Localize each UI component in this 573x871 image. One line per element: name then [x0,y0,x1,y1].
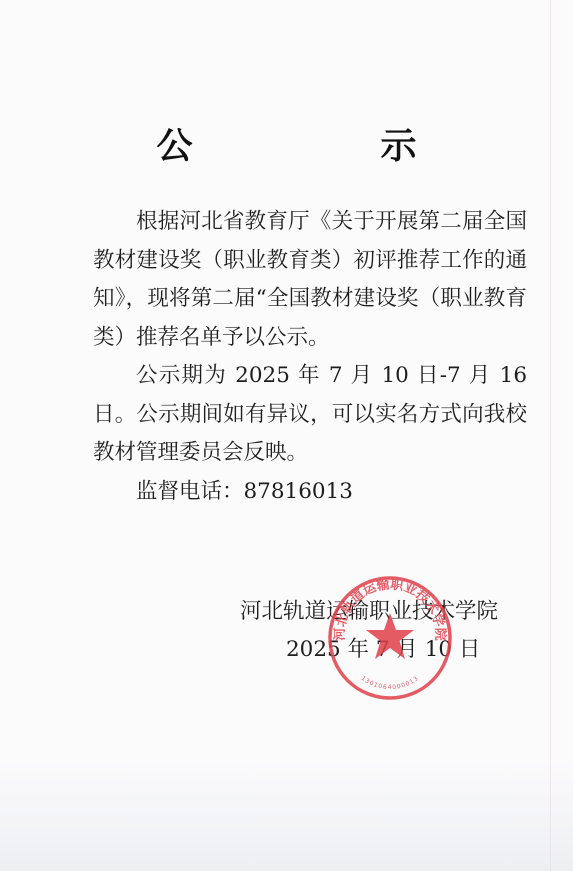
document-page: 公 示 根据河北省教育厅《关于开展第二届全国教材建设奖（职业教育类）初评推荐工作… [0,0,573,871]
signature-date: 2025 年 7 月 10 日 [240,631,498,669]
supervision-phone: 监督电话：87816013 [93,473,527,512]
signature-organization: 河北轨道运输职业技术学院 [240,593,498,631]
document-body: 根据河北省教育厅《关于开展第二届全国教材建设奖（职业教育类）初评推荐工作的通知》… [93,203,527,511]
document-title: 公 示 [0,118,573,169]
svg-text:1301064000013: 1301064000013 [360,675,421,691]
signature-block: 河北轨道运输职业技术学院 2025 年 7 月 10 日 [240,593,498,669]
paragraph-announcement: 根据河北省教育厅《关于开展第二届全国教材建设奖（职业教育类）初评推荐工作的通知》… [93,203,527,357]
paragraph-period: 公示期为 2025 年 7 月 10 日-7 月 16 日。公示期间如有异议，可… [93,357,527,473]
scan-shadow [0,761,573,871]
